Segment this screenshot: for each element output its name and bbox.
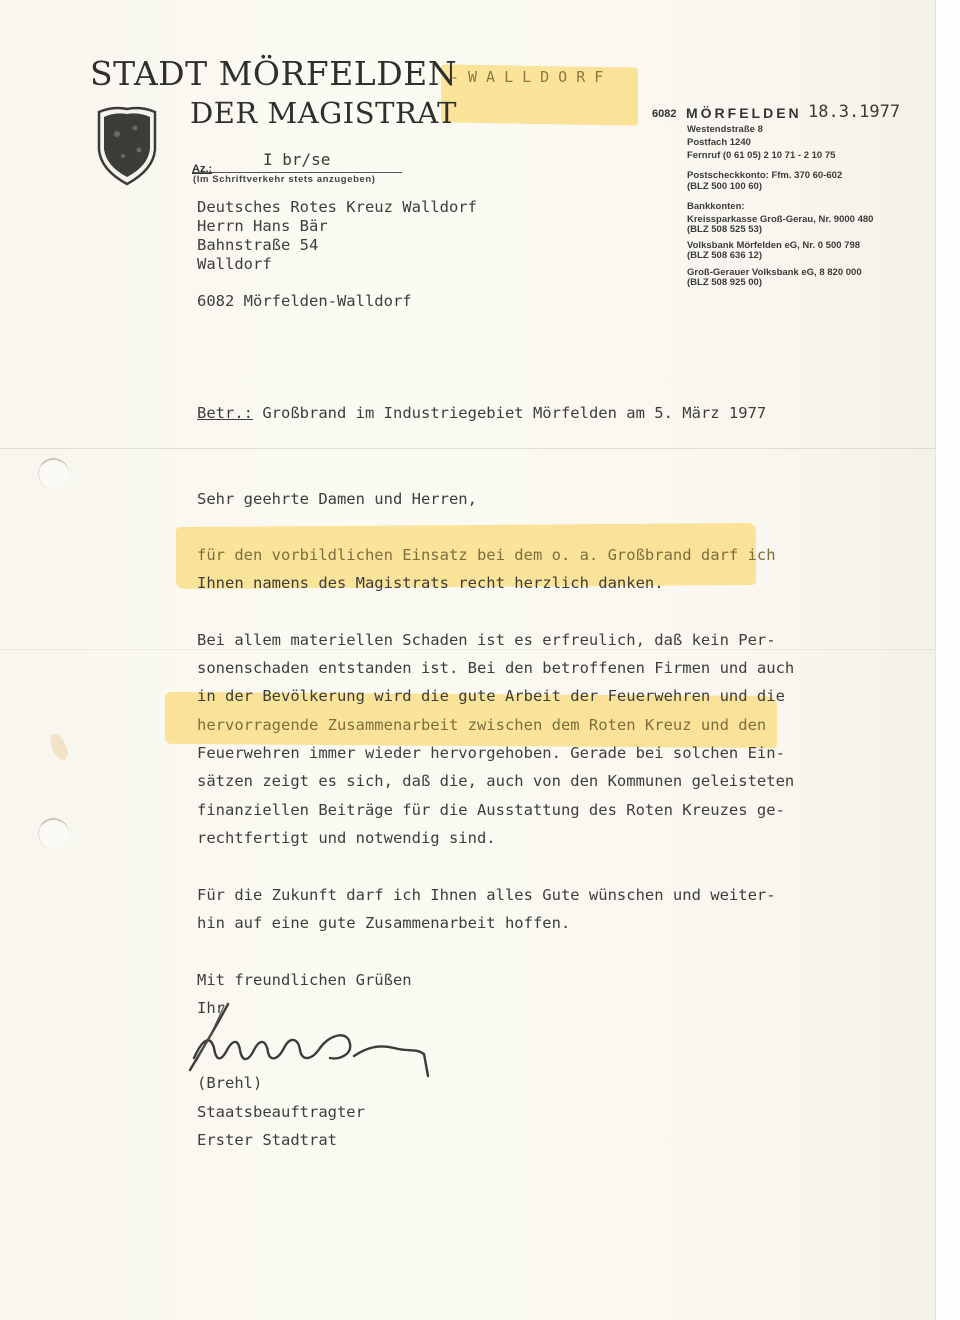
- body-line: Für die Zukunft darf ich Ihnen alles Gut…: [197, 881, 776, 910]
- recipient-line: Herrn Hans Bär: [197, 217, 328, 236]
- body-line: hin auf eine gute Zusammenarbeit hoffen.: [197, 909, 570, 938]
- punch-hole: [38, 818, 69, 850]
- bank-blz: (BLZ 508 525 53): [687, 224, 762, 235]
- recipient-line: Bahnstraße 54: [197, 236, 318, 255]
- body-line: sonenschaden entstanden ist. Bei den bet…: [197, 654, 794, 683]
- sender-po-box: Postfach 1240: [687, 137, 751, 148]
- body-line: Ihnen namens des Magistrats recht herzli…: [197, 569, 664, 598]
- letter-date: 18.3.1977: [808, 102, 900, 122]
- closing-greeting: Mit freundlichen Grüßen: [197, 966, 412, 995]
- signatory-title: Erster Stadtrat: [197, 1126, 337, 1155]
- subject-label: Betr.:: [197, 404, 253, 422]
- body-line: Feuerwehren immer wieder hervorgehoben. …: [197, 739, 785, 768]
- reference-note: (Im Schriftverkehr stets anzugeben): [193, 174, 376, 185]
- recipient-line: Deutsches Rotes Kreuz Walldorf: [197, 198, 477, 217]
- recipient-city-line: 6082 Mörfelden-Walldorf: [197, 292, 412, 311]
- letterhead-city-name: STADT MÖRFELDEN: [90, 54, 457, 93]
- signature-icon: [180, 1000, 450, 1080]
- body-line: Bei allem materiellen Schaden ist es erf…: [197, 626, 776, 655]
- body-line: finanziellen Beiträge für die Ausstattun…: [197, 796, 785, 825]
- bank-heading: Bankkonten:: [687, 201, 745, 212]
- subject-text: Großbrand im Industriegebiet Mörfelden a…: [262, 404, 766, 422]
- coat-of-arms-icon: [95, 104, 159, 186]
- body-line: für den vorbildlichen Einsatz bei dem o.…: [197, 541, 776, 570]
- signatory-title: Staatsbeauftragter: [197, 1098, 365, 1127]
- sender-street: Westendstraße 8: [687, 124, 763, 135]
- body-line: hervorragende Zusammenarbeit zwischen de…: [197, 711, 766, 740]
- sender-city: MÖRFELDEN: [686, 105, 802, 121]
- bank-blz: (BLZ 508 925 00): [687, 277, 762, 288]
- body-line: in der Bevölkerung wird die gute Arbeit …: [197, 682, 785, 711]
- sender-phone: Fernruf (0 61 05) 2 10 71 - 2 10 75: [687, 150, 835, 161]
- body-line: rechtfertigt und notwendig sind.: [197, 824, 496, 853]
- subject-line: Betr.: Großbrand im Industriegebiet Mörf…: [197, 399, 766, 428]
- sender-postal-account-blz: (BLZ 500 100 60): [687, 181, 762, 192]
- bank-blz: (BLZ 508 636 12): [687, 250, 762, 261]
- recipient-line: Walldorf: [197, 255, 272, 274]
- punch-hole: [38, 458, 69, 490]
- reference-value: I br/se: [263, 150, 330, 169]
- salutation: Sehr geehrte Damen und Herren,: [197, 485, 477, 514]
- sender-postal-code: 6082: [652, 108, 676, 120]
- signatory-name: (Brehl): [197, 1069, 262, 1098]
- letterhead-authority: DER MAGISTRAT: [190, 96, 457, 130]
- letterhead-city-suffix: -WALLDORF: [450, 68, 612, 86]
- sender-postal-account: Postscheckkonto: Ffm. 370 60-602: [687, 170, 842, 181]
- reference-underline: [192, 172, 402, 173]
- body-line: sätzen zeigt es sich, daß die, auch von …: [197, 767, 794, 796]
- page-edge: [935, 0, 960, 1320]
- fold-line: [0, 448, 935, 449]
